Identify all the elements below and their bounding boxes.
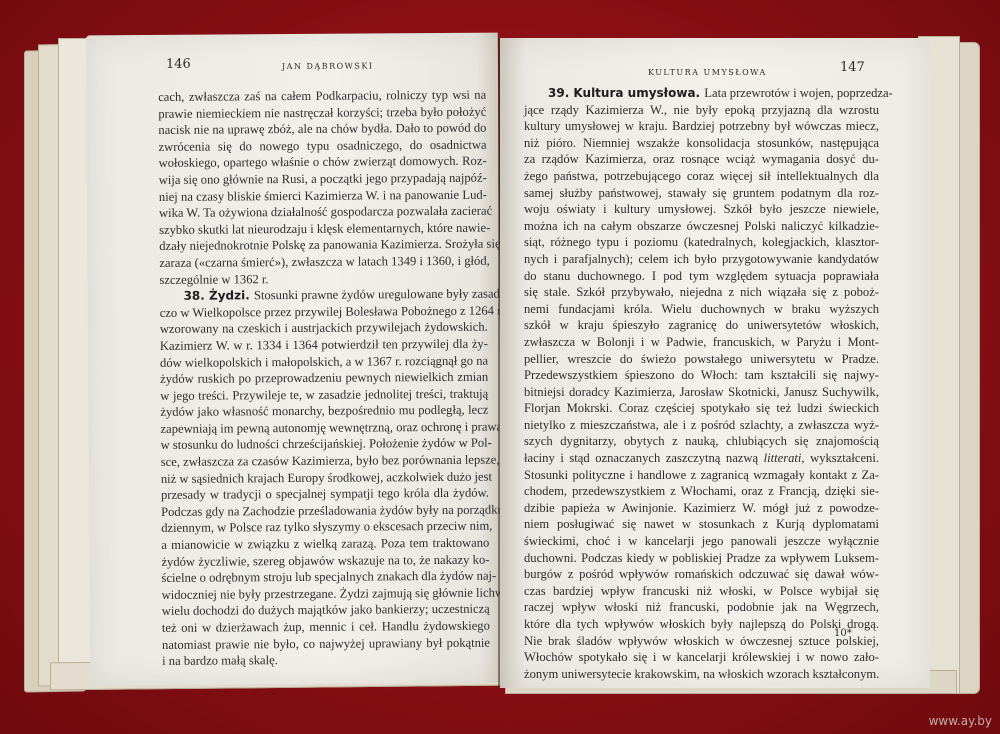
text-line: wija się ono głównie na Rusi, a początki…: [159, 170, 487, 189]
text-line: 39. Kultura umysłowa. Lata przewrotów i …: [524, 85, 879, 102]
text-line: samej służby państwowej, stawały się gru…: [524, 185, 879, 202]
left-page-number: 146: [166, 57, 191, 72]
text-line: czas bardziej wpływ francuski niż włoski…: [524, 583, 879, 600]
text-line: do stanu duchownego. I pod tym względem …: [524, 268, 879, 285]
text-line: i na bardzo małą skalę.: [162, 651, 490, 670]
text-line: które dla tych wpływów włoskich były naj…: [524, 616, 879, 633]
text-line: burgów z pośród wpływów romańskich odczu…: [524, 566, 879, 583]
text-line: woju oświaty i kultury umysłowej. Szkół …: [524, 201, 879, 218]
text-line: też oni w dzierżawach żup, mennic i ceł.…: [162, 618, 490, 637]
text-line: można ich na całym obszarze ówczesnej Po…: [524, 218, 879, 235]
text-line: żydów ruskich po przeprowadzeniu pewnych…: [160, 369, 488, 388]
text-line: łaciny i stąd oznaczanych zaszczytną naz…: [524, 450, 879, 467]
left-page: 146 JAN DĄBROWSKI cach, zwłaszcza zaś na…: [86, 33, 503, 686]
text-line: wika W. Ta ożywiona działalność gospodar…: [159, 203, 487, 222]
text-line: żego państwa, potrzebującego coraz więce…: [524, 168, 879, 185]
text-line: szkół w kraju śpieszyło zagranicę do uni…: [524, 317, 879, 334]
text-line: Stosunki polityczne i handlowe z zagrani…: [524, 467, 879, 484]
text-line: nietylko z mieszczaństwa, ale i z pośród…: [524, 417, 879, 434]
text-line: za rządów Kazimierza, oraz rosnące wciąż…: [524, 151, 879, 168]
text-line: duchowni. Podczas kiedy w pobliskiej Pra…: [524, 550, 879, 567]
text-line: natomiast prawie nie było, co najwyżej u…: [162, 634, 490, 653]
right-page: KULTURA UMYSŁOWA 147 39. Kultura umysłow…: [500, 38, 930, 688]
text-line: żonym uniwersytecie krakowskim, na włosk…: [524, 666, 879, 683]
left-running-head: JAN DĄBROWSKI: [282, 57, 374, 72]
left-page-body: cach, zwłaszcza zaś na całem Podkarpaciu…: [158, 87, 490, 670]
text-line: nacisk nie na uprawę zbóż, ale na chów b…: [158, 120, 486, 139]
open-book: 146 JAN DĄBROWSKI cach, zwłaszcza zaś na…: [0, 0, 1000, 734]
right-page-number: 147: [840, 60, 865, 75]
text-line: kultury umysłowej w kraju. Bardziej potr…: [524, 118, 879, 135]
text-line: raczej wpływ włoski niż francuski, podob…: [524, 599, 879, 616]
text-line: ścielne o odrębnym stroju lub specjalnyc…: [161, 568, 489, 587]
section-heading: 39. Kultura umysłowa.: [548, 86, 704, 100]
text-line: Nie brak śladów wpływów włoskich w ówcze…: [524, 633, 879, 650]
text-line: Przedewszystkiem śpieszono do Włoch: tam…: [524, 367, 879, 384]
text-line: bitniejsi doradcy Kazimierza, Jarosław S…: [524, 384, 879, 401]
text-line: niż pióro. Niemniej wszakże konsolidacja…: [524, 135, 879, 152]
text-line: zaraza («czarna śmierć»), zwłaszcza w la…: [159, 253, 487, 272]
text-line: zwłaszcza w Bolonji i w Padwie, francusk…: [524, 334, 879, 351]
text-line: Florjan Mokrski. Coraz częściej spotykał…: [524, 400, 879, 417]
text-line: dzibie papieża w Awinjonie. Kazimierz W.…: [524, 500, 879, 517]
text-line: cach, zwłaszcza zaś na całem Podkarpaciu…: [158, 87, 486, 106]
text-line: siąt, różnego typu i poziomu (katedralny…: [524, 234, 879, 251]
right-page-body: 39. Kultura umysłowa. Lata przewrotów i …: [524, 85, 879, 682]
watermark: www.ay.by: [929, 714, 992, 728]
text-line: 38. Żydzi. Stosunki prawne żydów uregulo…: [160, 286, 488, 305]
text-line: nych i parafjalnych); celem ich było prz…: [524, 251, 879, 268]
text-line: a mianowicie w związku z wielką zarazą. …: [161, 535, 489, 554]
text-line: świeckimi, choć i w kancelarji jego pano…: [524, 533, 879, 550]
text-line: Kazimierz W. w r. 1334 i 1364 potwierdzi…: [160, 336, 488, 355]
text-line: Włochów spotykało się i w kancelarji kró…: [524, 649, 879, 666]
text-line: sce, zwłaszcza za czasów Kazimierza, był…: [161, 452, 489, 471]
right-running-head: KULTURA UMYSŁOWA: [648, 64, 767, 78]
signature-mark: 10*: [834, 628, 852, 639]
text-line: chodem, przedewszystkiem z Włochami, ora…: [524, 483, 879, 500]
text-line: się stale. Szkół przybywało, niejedna z …: [524, 284, 879, 301]
text-line: pellier, wreszcie do świeżo powstałego u…: [524, 351, 879, 368]
text-line: niem posługiwać się nawet w stosunkach z…: [524, 516, 879, 533]
text-line: nemi fundacjami króla. Wielu duchownych …: [524, 301, 879, 318]
section-heading: 38. Żydzi.: [184, 288, 254, 302]
text-line: jące rządy Kazimierza W., nie były epoką…: [524, 102, 879, 119]
text-line: przesady w tradycji o specjalnej sympatj…: [161, 485, 489, 504]
text-line: szych dygnitarzy, obytych z nauką, chlub…: [524, 433, 879, 450]
